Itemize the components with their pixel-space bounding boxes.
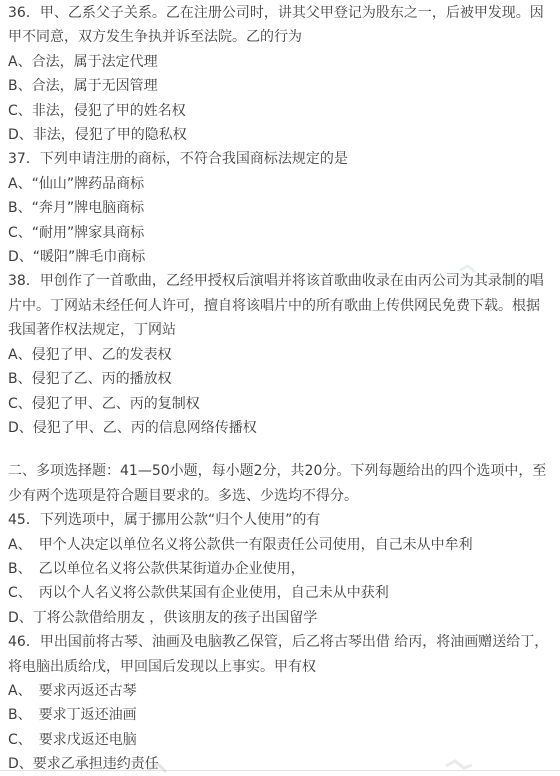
question-36-stem: 36．甲、乙系父子关系。乙在注册公司时，讲其父甲登记为股东之一，后被甲发现。因甲… xyxy=(8,1,553,50)
question-38-option-b: B、侵犯了乙、丙的播放权 xyxy=(8,367,553,391)
question-37-option-c: C、“耐用”牌家具商标 xyxy=(8,221,553,245)
question-37-option-b: B、“奔月”牌电脑商标 xyxy=(8,196,553,220)
question-45-option-b: B、 乙以单位名义将公款供某街道办企业使用， xyxy=(8,557,553,581)
question-46-option-a: A、 要求丙返还古琴 xyxy=(8,679,553,703)
question-45-option-d: D、丁将公款借给朋友 ，供该朋友的孩子出国留学 xyxy=(8,606,553,630)
question-36: 36．甲、乙系父子关系。乙在注册公司时，讲其父甲登记为股东之一，后被甲发现。因甲… xyxy=(8,1,553,147)
question-46-option-b: B、 要求丁返还油画 xyxy=(8,703,553,727)
question-37-option-d: D、“暖阳”牌毛巾商标 xyxy=(8,245,553,269)
question-45-option-a: A、 甲个人决定以单位名义将公款供一有限责任公司使用，自己未从中牟利 xyxy=(8,533,553,557)
question-36-option-c: C、非法，侵犯了甲的姓名权 xyxy=(8,99,553,123)
question-38-option-a: A、侵犯了甲、乙的发表权 xyxy=(8,343,553,367)
question-36-option-d: D、非法，侵犯了甲的隐私权 xyxy=(8,123,553,147)
question-38: 38．甲创作了一首歌曲，乙经甲授权后演唱并将该首歌曲收录在由丙公司为其录制的唱片… xyxy=(8,269,553,440)
question-46-option-c: C、 要求戊返还电脑 xyxy=(8,728,553,752)
question-36-option-a: A、合法，属于法定代理 xyxy=(8,50,553,74)
question-38-stem: 38．甲创作了一首歌曲，乙经甲授权后演唱并将该首歌曲收录在由丙公司为其录制的唱片… xyxy=(8,269,553,342)
exam-document-page: 36．甲、乙系父子关系。乙在注册公司时，讲其父甲登记为股东之一，后被甲发现。因甲… xyxy=(0,0,560,776)
question-37: 37．下列申请注册的商标，不符合我国商标法规定的是 A、“仙山”牌药品商标 B、… xyxy=(8,147,553,269)
question-38-option-d: D、侵犯了甲、乙、丙的信息网络传播权 xyxy=(8,416,553,440)
question-37-option-a: A、“仙山”牌药品商标 xyxy=(8,172,553,196)
question-46-stem: 46．甲出国前将古琴、油画及电脑教乙保管，后乙将古琴出借 给丙，将油画赠送给丁，… xyxy=(8,630,553,679)
question-45: 45．下列选项中，属于挪用公款“归个人使用”的有 A、 甲个人决定以单位名义将公… xyxy=(8,508,553,630)
question-46: 46．甲出国前将古琴、油画及电脑教乙保管，后乙将古琴出借 给丙，将油画赠送给丁，… xyxy=(8,630,553,776)
question-36-option-b: B、合法，属于无因管理 xyxy=(8,74,553,98)
section-header-multiple-choice: 二、多项选择题：41—50小题，每小题2分，共20分。下列每题给出的四个选项中，… xyxy=(8,459,553,508)
question-38-option-c: C、侵犯了甲、乙、丙的复制权 xyxy=(8,392,553,416)
question-45-option-c: C、 丙以个人名义将公款供某国有企业使用，自己未从中获利 xyxy=(8,581,553,605)
question-37-stem: 37．下列申请注册的商标，不符合我国商标法规定的是 xyxy=(8,147,553,171)
question-46-option-d: D、要求乙承担违约责任 xyxy=(8,752,553,776)
question-45-stem: 45．下列选项中，属于挪用公款“归个人使用”的有 xyxy=(8,508,553,532)
